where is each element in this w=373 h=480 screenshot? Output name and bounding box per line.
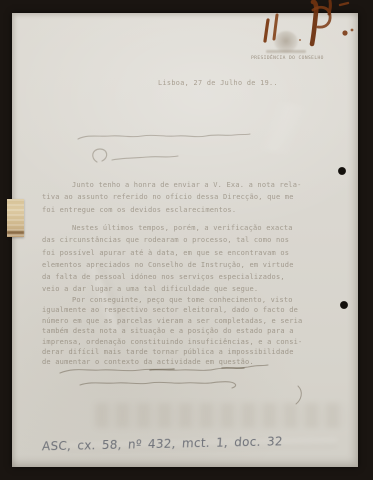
paper-crease <box>208 89 355 167</box>
typed-line: igualmente ao respectivo sector eleitora… <box>42 306 302 316</box>
ghost-stamp-showthrough <box>95 403 347 428</box>
typed-line: foi possível apurar até à data, em que s… <box>42 249 294 261</box>
typed-line: tiva ao assunto referido no ofício dessa… <box>42 193 302 205</box>
typed-line: número em que as parcelas vieram a ser c… <box>42 317 302 327</box>
typed-paragraph-3: Por conseguinte, peço que tome conhecime… <box>42 296 302 369</box>
tape-tab <box>7 199 24 237</box>
punch-hole-top <box>338 167 346 175</box>
typed-line: da falta de pessoal idóneo nos serviços … <box>42 273 294 285</box>
typed-line: Junto tenho a honra de enviar a V. Exa. … <box>42 181 302 193</box>
typed-paragraph-2: Nestes últimos tempos, porém, a verifica… <box>42 224 294 298</box>
typed-line: Por conseguinte, peço que tome conhecime… <box>42 296 302 306</box>
typed-line: de aumentar o contexto da actividade em … <box>42 358 302 368</box>
typed-line: foi entregue com os devidos esclarecimen… <box>42 206 302 218</box>
typed-paragraph-1: Junto tenho a honra de enviar a V. Exa. … <box>42 181 302 218</box>
typed-line: imprensa, ordenação constituindo insufic… <box>42 338 302 348</box>
punch-hole-bottom <box>340 301 348 309</box>
typed-line: Nestes últimos tempos, porém, a verifica… <box>42 224 294 236</box>
date-line: Lisboa, 27 de Julho de 19.. <box>158 79 278 87</box>
letterhead-emblem-base <box>266 50 306 53</box>
typed-line: derar difícil mais tarde tornar pública … <box>42 348 302 358</box>
typed-line: das circunstâncias que rodearam o proces… <box>42 236 294 248</box>
typed-line: elementos apreciados no Conselho de Inst… <box>42 261 294 273</box>
letterhead-text: PRESIDÊNCIA DO CONSELHO <box>251 56 343 61</box>
typed-line: também desta nota a situação e a posição… <box>42 327 302 337</box>
scanner-background: PRESIDÊNCIA DO CONSELHO Lisboa, 27 de Ju… <box>0 0 373 480</box>
